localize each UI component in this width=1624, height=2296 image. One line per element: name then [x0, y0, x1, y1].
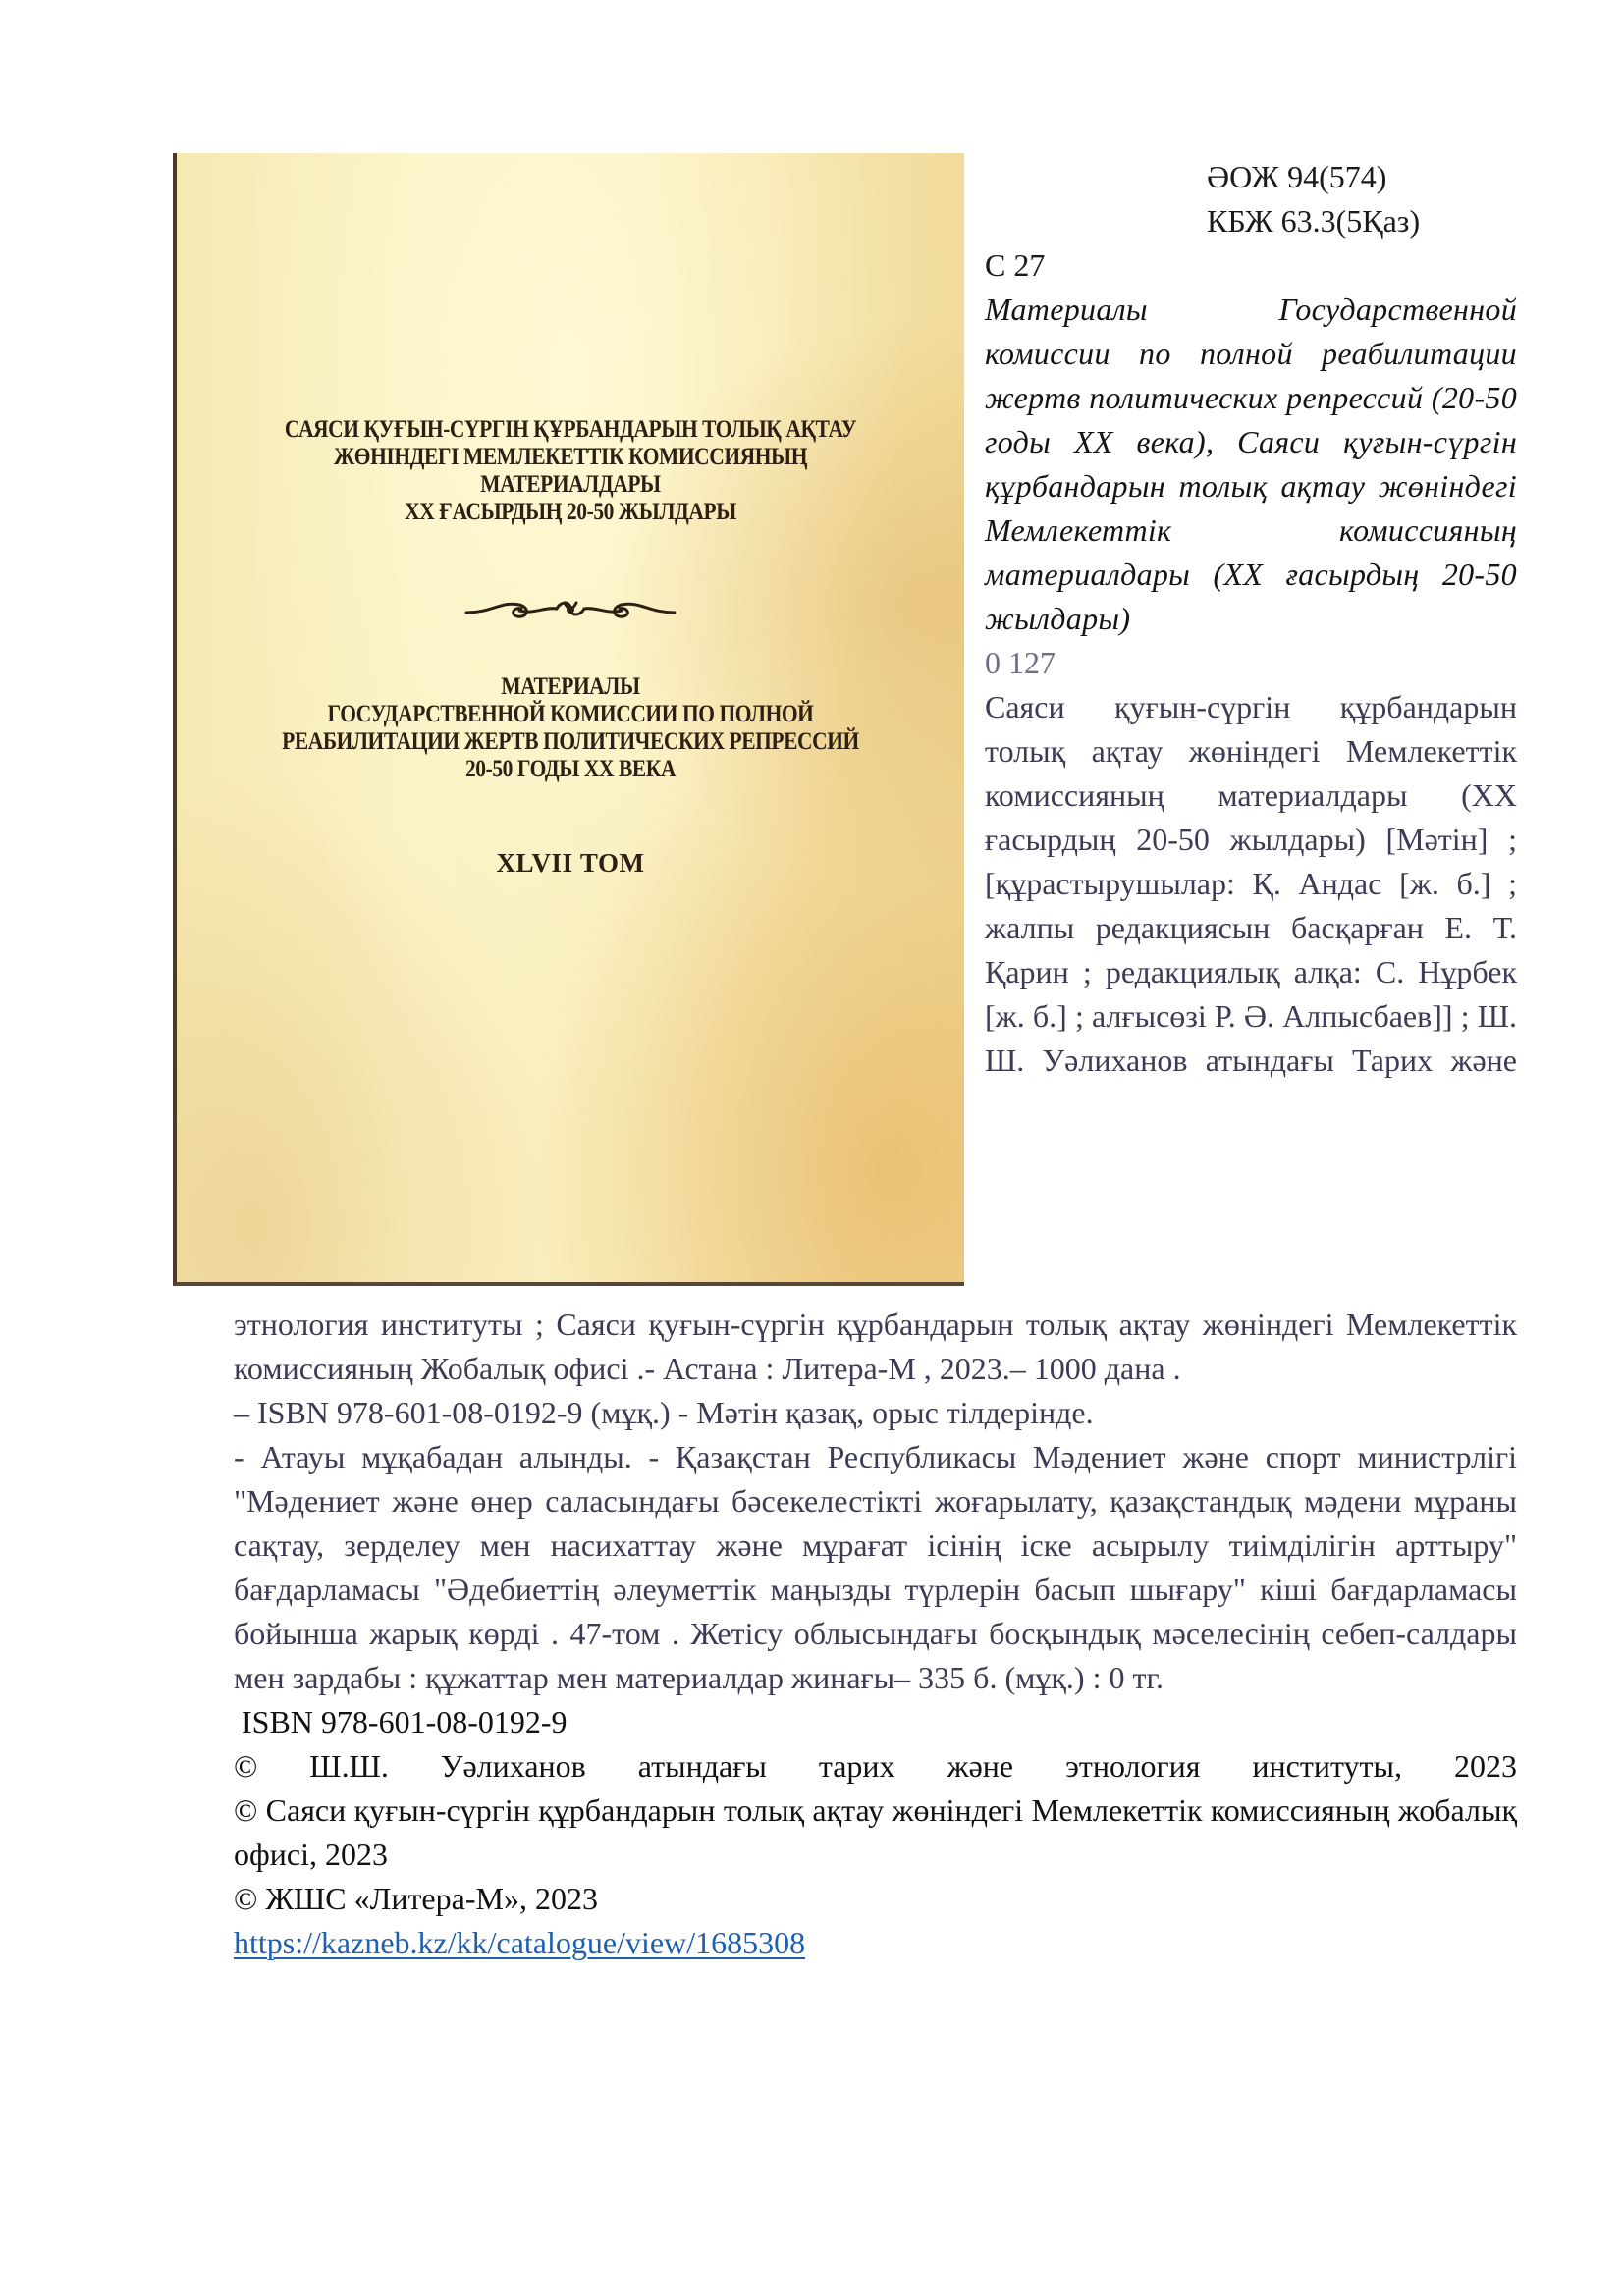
- classification-codes: ӘОЖ 94(574) КБЖ 63.3(5Қаз): [985, 155, 1517, 243]
- isbn: ISBN 978-601-08-0192-9: [234, 1700, 1517, 1744]
- copyright-block: © Ш.Ш. Уәлиханов атындағы тарих және этн…: [234, 1744, 1517, 1921]
- copyright-line: © Саяси қуғын-сүргін құрбандарын толық а…: [234, 1789, 1517, 1877]
- catalogue-link[interactable]: https://kazneb.kz/kk/catalogue/view/1685…: [234, 1925, 805, 1960]
- parallel-title: Материалы Государственной комиссии по по…: [985, 288, 1517, 641]
- cover-title-kz-line: ЖӨНІНДЕГІ МЕМЛЕКЕТТІК КОМИССИЯНЫҢ: [232, 444, 909, 471]
- cover-title-kz-line: САЯСИ ҚУҒЫН-СҮРГІН ҚҰРБАНДАРЫН ТОЛЫҚ АҚТ…: [232, 416, 909, 444]
- cover-title-kz-line: XX ҒАСЫРДЫҢ 20-50 ЖЫЛДАРЫ: [232, 499, 909, 526]
- scroll-ornament-icon: [177, 593, 964, 631]
- book-cover-image: САЯСИ ҚУҒЫН-СҮРГІН ҚҰРБАНДАРЫН ТОЛЫҚ АҚТ…: [173, 153, 964, 1286]
- bibliographic-description-start: Саяси қуғын-сүргін құрбандарын толық ақт…: [985, 685, 1517, 1083]
- lbc-code: КБЖ 63.3(5Қаз): [1207, 199, 1517, 243]
- imprint-text: этнология институты ; Саяси қуғын-сүргін…: [234, 1303, 1517, 1391]
- catalog-card-right-column: ӘОЖ 94(574) КБЖ 63.3(5Қаз) С 27 Материал…: [985, 155, 1517, 1083]
- isbn-note: – ISBN 978-601-08-0192-9 (мұқ.) - Мәтін …: [234, 1391, 1517, 1435]
- general-notes: - Атауы мұқабадан алынды. - Қазақстан Ре…: [234, 1435, 1517, 1700]
- cover-title-russian: МАТЕРИАЛЫ ГОСУДАРСТВЕННОЙ КОМИССИИ ПО ПО…: [232, 673, 909, 783]
- copyright-line: © ЖШС «Литера-М», 2023: [234, 1877, 1517, 1921]
- bibliographic-description-continued: этнология институты ; Саяси қуғын-сүргін…: [234, 1303, 1517, 1965]
- cover-title-ru-line: 20-50 ГОДЫ XX ВЕКА: [232, 756, 909, 783]
- cover-title-ru-line: МАТЕРИАЛЫ: [232, 673, 909, 701]
- cutter-number: С 27: [985, 243, 1517, 288]
- cover-title-ru-line: ГОСУДАРСТВЕННОЙ КОМИССИИ ПО ПОЛНОЙ: [232, 701, 909, 728]
- cover-volume-label: XLVII ТОМ: [177, 848, 964, 879]
- copyright-line: © Ш.Ш. Уәлиханов атындағы тарих және этн…: [234, 1744, 1517, 1789]
- cover-title-kz-line: МАТЕРИАЛДАРЫ: [232, 471, 909, 499]
- cover-title-ru-line: РЕАБИЛИТАЦИИ ЖЕРТВ ПОЛИТИЧЕСКИХ РЕПРЕССИ…: [232, 728, 909, 756]
- cover-title-kazakh: САЯСИ ҚУҒЫН-СҮРГІН ҚҰРБАНДАРЫН ТОЛЫҚ АҚТ…: [232, 416, 909, 526]
- udc-code: ӘОЖ 94(574): [1207, 155, 1517, 199]
- record-number: 0 127: [985, 641, 1517, 685]
